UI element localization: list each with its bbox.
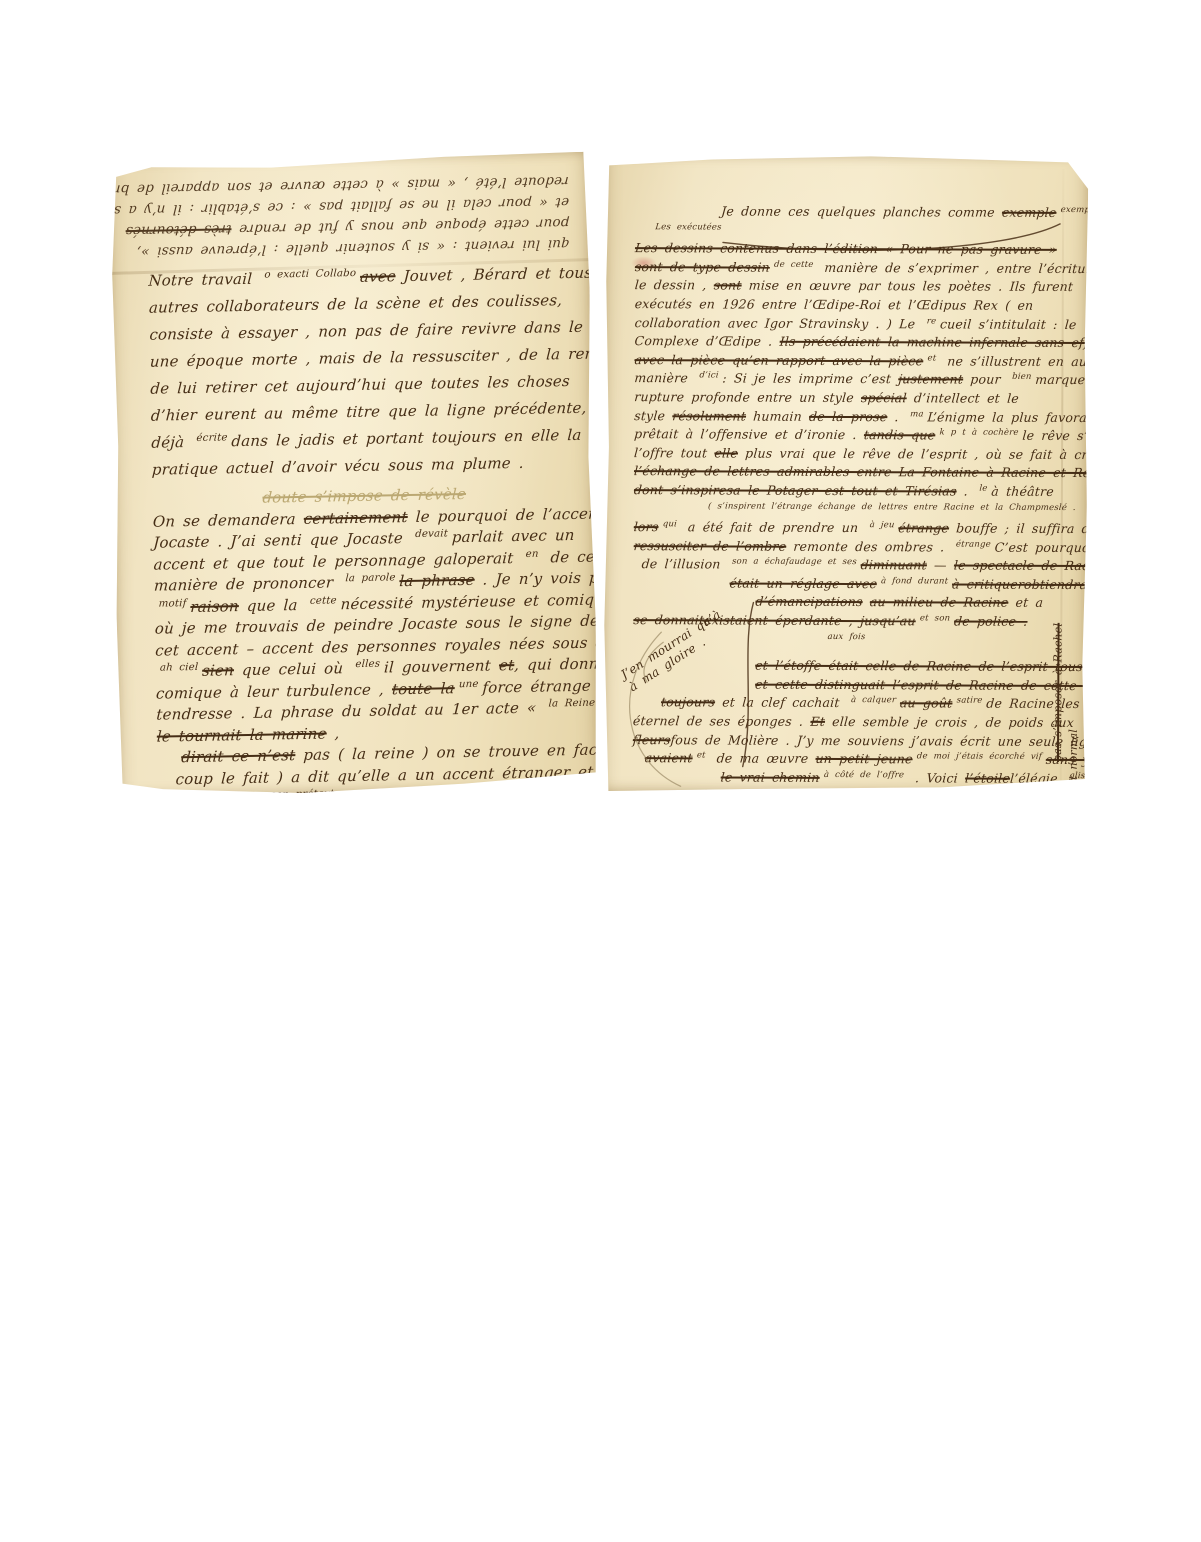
handwritten-text: d’hier eurent au même titre que la ligne… [150, 399, 587, 425]
struck-text: préjugée [344, 787, 414, 806]
struck-text: lors [633, 519, 659, 534]
interline-insertion: son prétexte [271, 794, 341, 795]
manuscript-line: cette petite négligence la reine de Thèb… [204, 804, 591, 833]
manuscript-line: l’échange de lettres admirables entre La… [633, 462, 1078, 483]
handwritten-text: On se demandera [152, 509, 304, 530]
handwritten-text: le rêve s’opère [1022, 428, 1126, 443]
interline-insertion: écrite [196, 438, 227, 439]
struck-text: diminuant [860, 557, 927, 572]
struck-text: le tournait la marine [156, 724, 327, 745]
handwritten-text: de la Machine [1108, 771, 1201, 786]
handwritten-text: dans le jadis et portant toujours en ell… [231, 426, 582, 450]
manuscript-line: dont s’inspiresa le Potager est tout et … [633, 481, 1078, 502]
handwritten-text: de ma œuvre [709, 751, 816, 766]
struck-text: un petit jeune [815, 751, 913, 766]
interline-insertion: o exacti Collabo [264, 274, 356, 276]
handwritten-text: le pourquoi de l’accent de [407, 503, 631, 525]
handwritten-text: que la [238, 595, 306, 614]
handwritten-text: remonte des ombres . [786, 538, 953, 554]
struck-text: et [499, 656, 515, 674]
interline-insertion: et je déteste [669, 809, 741, 810]
struck-text: le spectacle de Racine [953, 558, 1110, 574]
handwritten-text: L’énigme la plus favorable [927, 409, 1108, 425]
right-page-margin-note-inner: pas s’imposer à Rachel [1051, 623, 1065, 762]
handwritten-text: manière de s’exprimer , entre l’écriture… [817, 260, 1120, 276]
struck-text: de police . [954, 614, 1029, 629]
manuscript-line: l’offre tout elle plus vrai que le rêve … [633, 444, 1078, 465]
handwritten-text: et a [1008, 595, 1044, 610]
handwritten-text: manière [634, 370, 696, 385]
paragraph-accent-jocaste: doute s’impose de révèleOn se demandera … [152, 482, 590, 834]
manuscript-line: Complexe d’Œdipe . Ils précédaient la ma… [634, 332, 1079, 353]
manuscript-line: fleursfous de Molière . J’y me souviens … [632, 731, 1077, 752]
handwritten-text: est / fort . Ceci n’a pas ne faute [662, 788, 900, 804]
interline-insertion: de moi j’étais écorché vif [917, 757, 1042, 758]
interline-insertion: son a échafaudage et ses [732, 562, 857, 563]
handwritten-text: de lui retirer cet aujourd’hui que toute… [150, 372, 570, 398]
struck-text: toujours [660, 695, 715, 710]
struck-text: obtiendrait [1024, 577, 1098, 592]
handwritten-text: l’élégie [1009, 771, 1065, 786]
struck-text: sont [713, 278, 742, 293]
handwritten-text: pratique actuel d’avoir vécu sous ma plu… [151, 454, 524, 479]
handwritten-text: . [887, 409, 907, 424]
manuscript-line: Les dessins contenus dans l’édition « Po… [634, 239, 1079, 260]
left-page-margin-note-inner: je déteste — pétrole [562, 778, 577, 901]
struck-text: certainement [303, 508, 408, 528]
handwritten-text: la foule [929, 789, 989, 804]
handwritten-text: de l’illusion [641, 556, 728, 571]
manuscript-line: éternel de ses éponges . Et elle semble … [632, 712, 1077, 733]
struck-text: justement [898, 372, 964, 387]
manuscript-line: le vrai cheminà côté de l’offre . Voici … [720, 768, 1077, 788]
struck-text: avec la pièce qu’en rapport avec la pièc… [634, 352, 924, 368]
struck-text: avaient [644, 750, 693, 765]
handwritten-text: rupture profonde entre un style [634, 389, 862, 405]
paragraph-notre-travail: Notre travail o exacti Collaboavec Jouve… [148, 260, 584, 484]
interline-insertion: ah ciel [160, 668, 199, 669]
manuscript-line: est / fort . Ceci n’a pas ne faute si là… [662, 787, 1077, 807]
handwritten-text: cueil s’intitulait : le [939, 316, 1077, 332]
handwritten-text: Jouvet , Bérard et tous les [395, 263, 622, 285]
manuscript-line: collaboration avec Igor Stravinsky . ) L… [634, 314, 1079, 335]
struck-text: l’étoile [965, 770, 1011, 785]
handwritten-text: exécutés en 1926 entre l’Œdipe-Roi et l’… [634, 296, 1034, 313]
handwritten-text: — [926, 558, 954, 573]
handwritten-text: manière de prononcer [154, 573, 342, 594]
manuscript-line: avaientet de ma œuvre un petit jeunede m… [644, 749, 1077, 769]
manuscript-line: ( s’inspirent l’étrange échange de lettr… [703, 500, 1078, 520]
manuscript-line: autre le cré âmeet je trouve le malheur … [632, 805, 1077, 826]
struck-text: elle [714, 445, 739, 460]
handwritten-text: comique à leur turbulence , [156, 680, 393, 702]
struck-text: le vrai chemin [720, 769, 820, 784]
struck-text: exemple [1001, 205, 1057, 220]
handwritten-text: a été fait de prendre un [680, 519, 866, 535]
handwritten-text: la recherche [1125, 540, 1201, 555]
handwritten-text: à théâtre [991, 484, 1055, 499]
handwritten-text: de cette [542, 547, 617, 566]
manuscript-line: et l’étoffe était celle de Racine de l’e… [754, 657, 1077, 677]
handwritten-text: prêtait à l’offensive et d’ironie . [634, 426, 865, 442]
struck-text: spécial [861, 390, 908, 405]
struck-text: étrange [898, 520, 950, 535]
handwritten-text: il gouvernent [384, 656, 500, 676]
manuscript-line: était un réglage avecà fond durantà crit… [729, 574, 1078, 594]
handwritten-text: que celui où [234, 659, 352, 679]
manuscript-line: aux fois [823, 631, 1078, 651]
struck-text: fleurs [632, 732, 671, 747]
manuscript-page-left: qui lui revient : « si y soutenir quelle… [108, 152, 599, 797]
handwritten-text: dit son vin [1137, 790, 1201, 805]
handwritten-text: la reine [390, 807, 469, 826]
struck-text: l’échange de lettres admirables entre La… [634, 463, 1150, 480]
struck-text: sa le Potager est tout et Tirésias [726, 482, 957, 498]
struck-text: cette petite négligence [204, 809, 391, 830]
handwritten-text: des Thébains [551, 804, 665, 824]
right-page-margin-note-outer: sauf que le rire était net normal [1066, 729, 1080, 926]
interline-insertion: devait [415, 534, 448, 535]
struck-text: toute la [392, 679, 456, 698]
handwritten-text: pour [963, 372, 1009, 387]
struck-text: tandis que [863, 427, 935, 442]
struck-text: très détournés [125, 221, 232, 239]
manuscript-line: toujours et la clef cachait à calquerau … [660, 694, 1077, 714]
struck-text: été au-dessus à Paris [980, 826, 1128, 842]
manuscript-line: d’émancipations au milieu de Racine et a [755, 593, 1078, 613]
handwritten-text: consiste à essayer , non pas de faire re… [149, 317, 629, 344]
handwritten-text: parlait avec un [451, 526, 575, 546]
manuscript-line: exécutés en 1926 entre l’Œdipe-Roi et l’… [634, 295, 1079, 316]
struck-text: J’ai dû être [901, 826, 981, 841]
manuscript-line: sont de type dessinde cette manière de s… [634, 258, 1079, 279]
handwritten-text: style [634, 408, 673, 423]
struck-text: autre le cré âme [632, 806, 750, 822]
handwritten-text: marquer la [1035, 372, 1111, 387]
interline-insertion: motif [159, 604, 187, 605]
struck-text: avec [360, 267, 396, 286]
struck-text: Les dessins contenus dans l’édition « Po… [634, 240, 1057, 257]
handwritten-text: l’offre tout [634, 445, 715, 460]
struck-text: et l’étoffe était celle de Racine [755, 658, 979, 674]
handwritten-text: le malheur inscrit le mieux et pâle ils … [830, 807, 1152, 823]
struck-text: au goût [899, 696, 953, 711]
handwritten-text: collaboration avec Igor Stravinsky . ) L… [634, 315, 923, 331]
struck-text: doute s’impose de révèle [262, 485, 466, 507]
struck-text: résolument [672, 408, 747, 423]
handwritten-text: ne s’illustrent en aucune [940, 353, 1119, 369]
struck-text: et je trouve [749, 807, 831, 822]
handwritten-text: a moyen le chemin jettent à gauche . [632, 825, 903, 841]
handwritten-text: humain [746, 408, 810, 423]
manuscript-line: style résolument humain de la prose . ma… [634, 407, 1079, 428]
struck-text: dont s’inspire [633, 482, 727, 497]
handwritten-text: C’est pourquoi [994, 539, 1102, 554]
handwritten-text: plus vrai que le rêve de l’esprit , où s… [737, 445, 1114, 462]
struck-text: était un réglage avec [729, 575, 877, 591]
handwritten-text: fous de Molière . J’y me souviens j’avai… [670, 732, 1104, 749]
struck-text: Ils précédaient la machine infernale san… [779, 334, 1102, 350]
struck-text: dirait ce n’est [181, 746, 296, 766]
struck-text: Jocaste n’est [164, 790, 267, 810]
right-page-body-text: Je donne ces quelques planches comme exe… [632, 202, 1079, 863]
struck-text: sien [202, 661, 235, 680]
manuscript-line: Les exécutées [650, 221, 1079, 241]
manuscript-line: prêtait à l’offensive et d’ironie . tand… [633, 425, 1078, 446]
manuscript-line: et cette distinguait l’esprit de Racine … [754, 675, 1077, 695]
struck-text: d’émancipations [755, 594, 863, 609]
manuscript-page-right: Je donne ces quelques planches comme exe… [603, 154, 1089, 793]
manuscript-line: ressusciter de l’ombre remonte des ombre… [633, 537, 1078, 558]
handwritten-text: Je donne ces quelques planches comme [721, 203, 1003, 219]
manuscript-line: le dessin , sont mise en œuvre par tous … [634, 276, 1079, 297]
struck-text: sont de type dessin [634, 259, 770, 275]
manuscript-photo: qui lui revient : « si y soutenir quelle… [0, 0, 1201, 1542]
struck-text: au milieu de Racine [869, 595, 1009, 611]
interline-insertion: ( s’inspirent l’étrange échange de lettr… [708, 506, 1076, 508]
handwritten-text: . [956, 483, 976, 498]
struck-text: et ceux qui s’imposent . [884, 844, 1052, 860]
manuscript-line: rupture profonde entre un style spécial … [634, 388, 1079, 409]
handwritten-text: Complexe d’Œdipe . [634, 333, 780, 349]
handwritten-text: d’intellect et le [906, 390, 1019, 405]
handwritten-text: bouffe ; il suffira de [949, 521, 1099, 537]
struck-text: de la prose [809, 408, 888, 423]
handwritten-text: le dessin , [634, 277, 714, 292]
struck-text: existaient éperdante , jusqu’au [704, 612, 917, 628]
struck-text: à critiquer [951, 576, 1024, 591]
handwritten-text: elle semble je crois , de poids aux [824, 714, 1074, 730]
handwritten-text: . Voici [907, 770, 965, 785]
struck-text: et cette distinguait l’esprit de Racine … [755, 676, 1121, 693]
struck-text: de l’esprit tous [978, 659, 1083, 674]
handwritten-text: Notre travail [148, 270, 261, 290]
manuscript-line: avec la pièce qu’en rapport avec la pièc… [634, 351, 1079, 372]
handwritten-text: autres collaborateurs de la scène et des… [148, 291, 562, 317]
struck-text: de Thèbes [468, 806, 552, 826]
manuscript-line: manière d’ici: Si je les imprime c’est j… [634, 369, 1079, 390]
interline-insertion: la parole [345, 578, 395, 579]
handwritten-text: Jocaste . J’ai senti que Jocaste [153, 529, 412, 552]
manuscript-line: de l’illusion son a échafaudage et sesdi… [641, 555, 1078, 575]
struck-text: m’éloigne [1073, 789, 1138, 804]
struck-text: a peu à peu [988, 789, 1074, 804]
struck-text: raison [190, 597, 239, 616]
handwritten-text: : Si je les imprime c’est [722, 371, 899, 387]
handwritten-text: mise en œuvre par tous les poètes . Ils … [741, 278, 1074, 294]
inverted-text-block: qui lui revient : « si y soutenir quelle… [139, 170, 570, 262]
left-page-margin-note-outer: après des années de coups de barre à gau… [581, 778, 605, 1303]
manuscript-line: a moyen le chemin jettent à gauche . J’a… [632, 824, 1077, 845]
manuscript-line: lorsqui a été fait de prendre un à jeuét… [633, 518, 1078, 539]
struck-text: ressusciter de l’ombre [633, 538, 787, 554]
struck-text: la phrase [399, 571, 475, 590]
manuscript-line: et ceux qui s’imposent . [884, 843, 1077, 862]
handwritten-text: et la clef cachait [715, 695, 848, 711]
manuscript-line: Je donne ces quelques planches comme exe… [720, 202, 1079, 222]
left-page-body-text: Notre travail o exacti Collaboavec Jouve… [148, 260, 590, 834]
handwritten-text: pour cette époque que nous y fut de rend… [231, 215, 570, 237]
handwritten-text: éternel de ses éponges . [632, 713, 811, 729]
handwritten-text: , [326, 724, 340, 742]
handwritten-text: de Racine les nécessaire [986, 696, 1157, 712]
struck-text: de [1146, 678, 1163, 693]
handwritten-text: déjà [151, 433, 193, 452]
struck-text: Et [810, 714, 826, 729]
handwritten-text: pas ( la reine ) on se trouve en face ( … [295, 739, 661, 764]
